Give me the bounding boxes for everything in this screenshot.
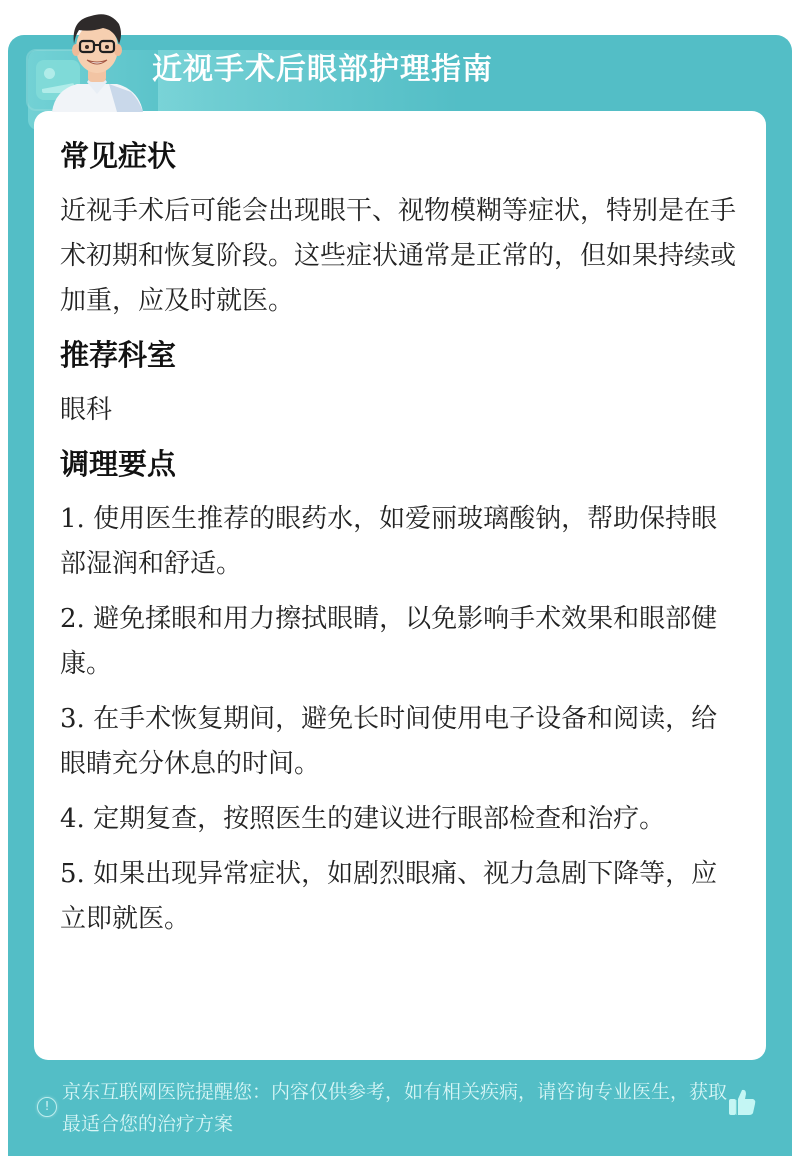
symptoms-text: 近视手术后可能会出现眼干、视物模糊等症状，特别是在手术初期和恢复阶段。这些症状通… xyxy=(60,189,740,324)
care-section: 调理要点 1. 使用医生推荐的眼药水，如爱丽玻璃酸钠，帮助保持眼部湿润和舒适。 … xyxy=(60,443,740,942)
care-item: 1. 使用医生推荐的眼药水，如爱丽玻璃酸钠，帮助保持眼部湿润和舒适。 xyxy=(60,497,740,587)
care-item-text: 避免揉眼和用力擦拭眼睛，以免影响手术效果和眼部健康。 xyxy=(60,604,717,679)
care-item: 4. 定期复查，按照医生的建议进行眼部检查和治疗。 xyxy=(60,797,740,842)
care-item-number: 2. xyxy=(60,604,85,634)
section-title-symptoms: 常见症状 xyxy=(60,135,740,177)
symptoms-section: 常见症状 近视手术后可能会出现眼干、视物模糊等症状，特别是在手术初期和恢复阶段。… xyxy=(60,135,740,324)
thumbs-up-icon[interactable] xyxy=(726,1086,758,1118)
care-item: 3. 在手术恢复期间，避免长时间使用电子设备和阅读，给眼睛充分休息的时间。 xyxy=(60,697,740,787)
care-item-text: 使用医生推荐的眼药水，如爱丽玻璃酸钠，帮助保持眼部湿润和舒适。 xyxy=(60,504,717,579)
page-title: 近视手术后眼部护理指南 xyxy=(152,50,493,90)
care-item-number: 5. xyxy=(60,859,85,889)
section-title-care: 调理要点 xyxy=(60,443,740,485)
care-item-text: 在手术恢复期间，避免长时间使用电子设备和阅读，给眼睛充分休息的时间。 xyxy=(60,704,717,779)
care-item: 5. 如果出现异常症状，如剧烈眼痛、视力急剧下降等，应立即就医。 xyxy=(60,852,740,942)
care-item: 2. 避免揉眼和用力擦拭眼睛，以免影响手术效果和眼部健康。 xyxy=(60,597,740,687)
disclaimer-text: 京东互联网医院提醒您：内容仅供参考，如有相关疾病，请咨询专业医生，获取最适合您的… xyxy=(62,1076,732,1140)
department-text: 眼科 xyxy=(60,388,740,433)
care-item-text: 定期复查，按照医生的建议进行眼部检查和治疗。 xyxy=(93,804,665,834)
care-item-number: 1. xyxy=(60,504,85,534)
section-title-department: 推荐科室 xyxy=(60,334,740,376)
care-item-number: 4. xyxy=(60,804,85,834)
department-section: 推荐科室 眼科 xyxy=(60,334,740,433)
doctor-avatar-icon xyxy=(47,8,147,112)
content-card: 常见症状 近视手术后可能会出现眼干、视物模糊等症状，特别是在手术初期和恢复阶段。… xyxy=(34,111,766,1060)
info-icon: ! xyxy=(37,1097,57,1117)
care-item-number: 3. xyxy=(60,704,85,734)
care-item-text: 如果出现异常症状，如剧烈眼痛、视力急剧下降等，应立即就医。 xyxy=(60,859,717,934)
